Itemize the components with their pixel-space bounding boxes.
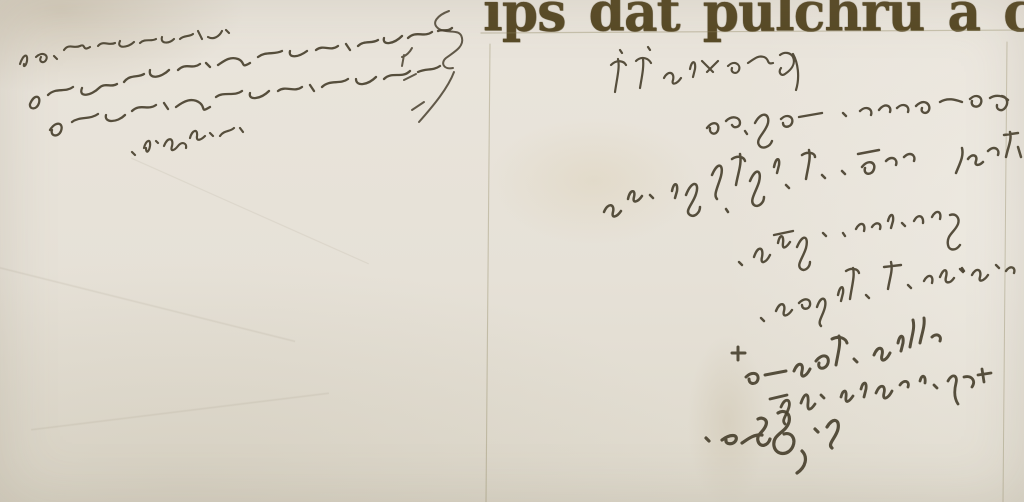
gothic-header-line: ips dat pulchrū ā clarum bbox=[483, 0, 1024, 40]
parchment-background bbox=[0, 0, 1024, 502]
manuscript-page: ips dat pulchrū ā clarum bbox=[0, 0, 1024, 502]
